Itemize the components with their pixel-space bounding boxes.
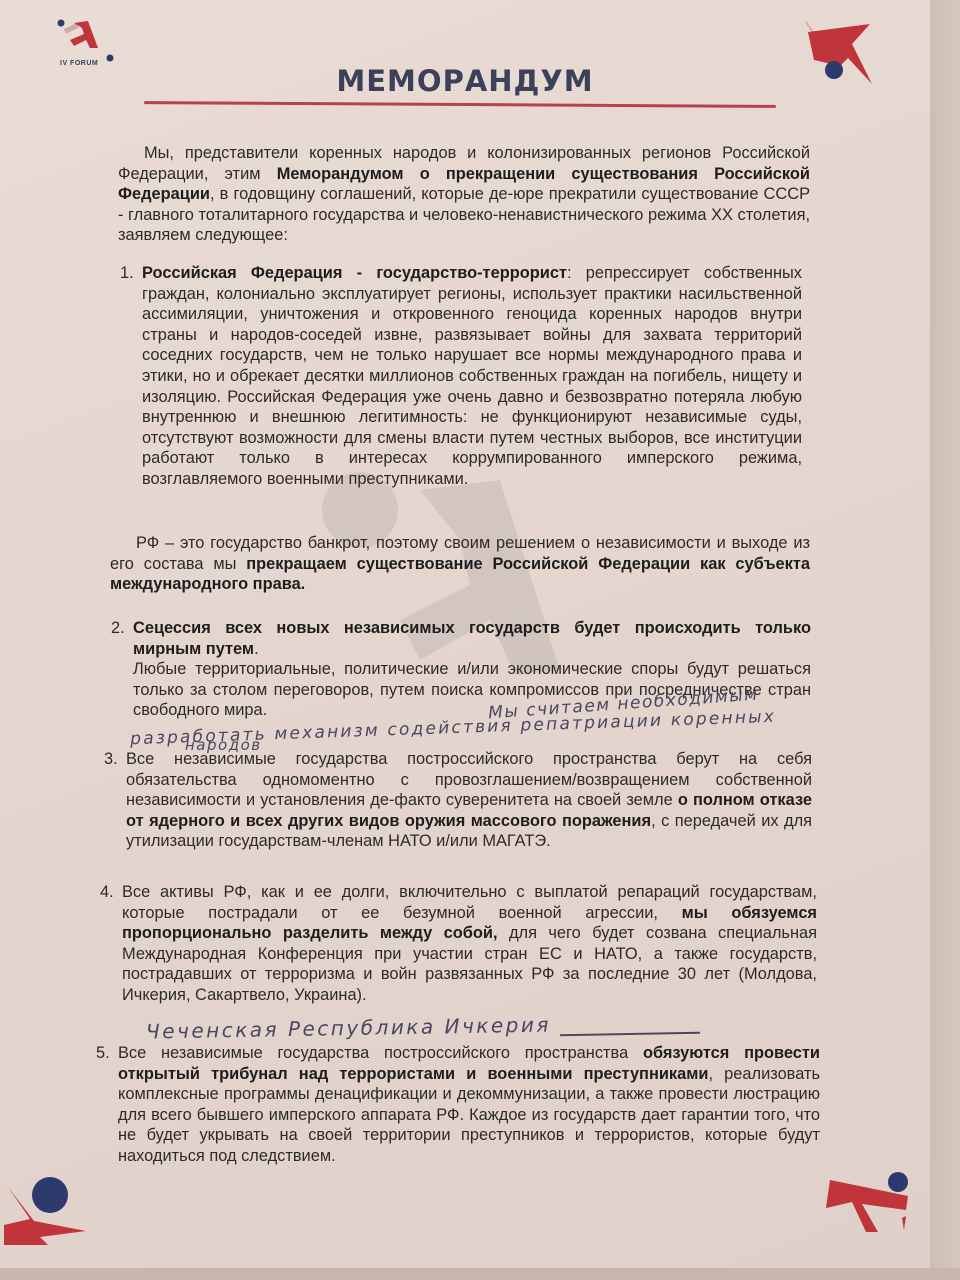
rf-paragraph: РФ – это государство банкрот, поэтому св… (110, 533, 810, 595)
list-item-number: 1. (120, 263, 134, 284)
list-item-3: 3. Все независимые государства постросси… (126, 749, 812, 852)
forum-logo-icon (52, 18, 122, 62)
background-surface-bottom (0, 1268, 960, 1280)
list-item-number: 3. (104, 749, 118, 770)
list-item-number: 4. (100, 882, 114, 903)
list-item-number: 5. (96, 1043, 110, 1064)
intro-paragraph: Мы, представители коренных народов и кол… (118, 143, 810, 246)
background-surface (930, 0, 960, 1280)
list-item-number: 2. (111, 618, 125, 639)
list-item-5: 5. Все независимые государства постросси… (118, 1043, 820, 1167)
corner-arrow-decoration-bottom-left-icon (0, 1175, 100, 1255)
list-item-1: 1. Российская Федерация - государство-те… (142, 263, 802, 490)
corner-arrow-decoration-bottom-right-icon (822, 1170, 922, 1250)
list-item-4: 4. Все активы РФ, как и ее долги, включи… (122, 882, 817, 1006)
page-title: МЕМОРАНДУМ (0, 64, 930, 98)
